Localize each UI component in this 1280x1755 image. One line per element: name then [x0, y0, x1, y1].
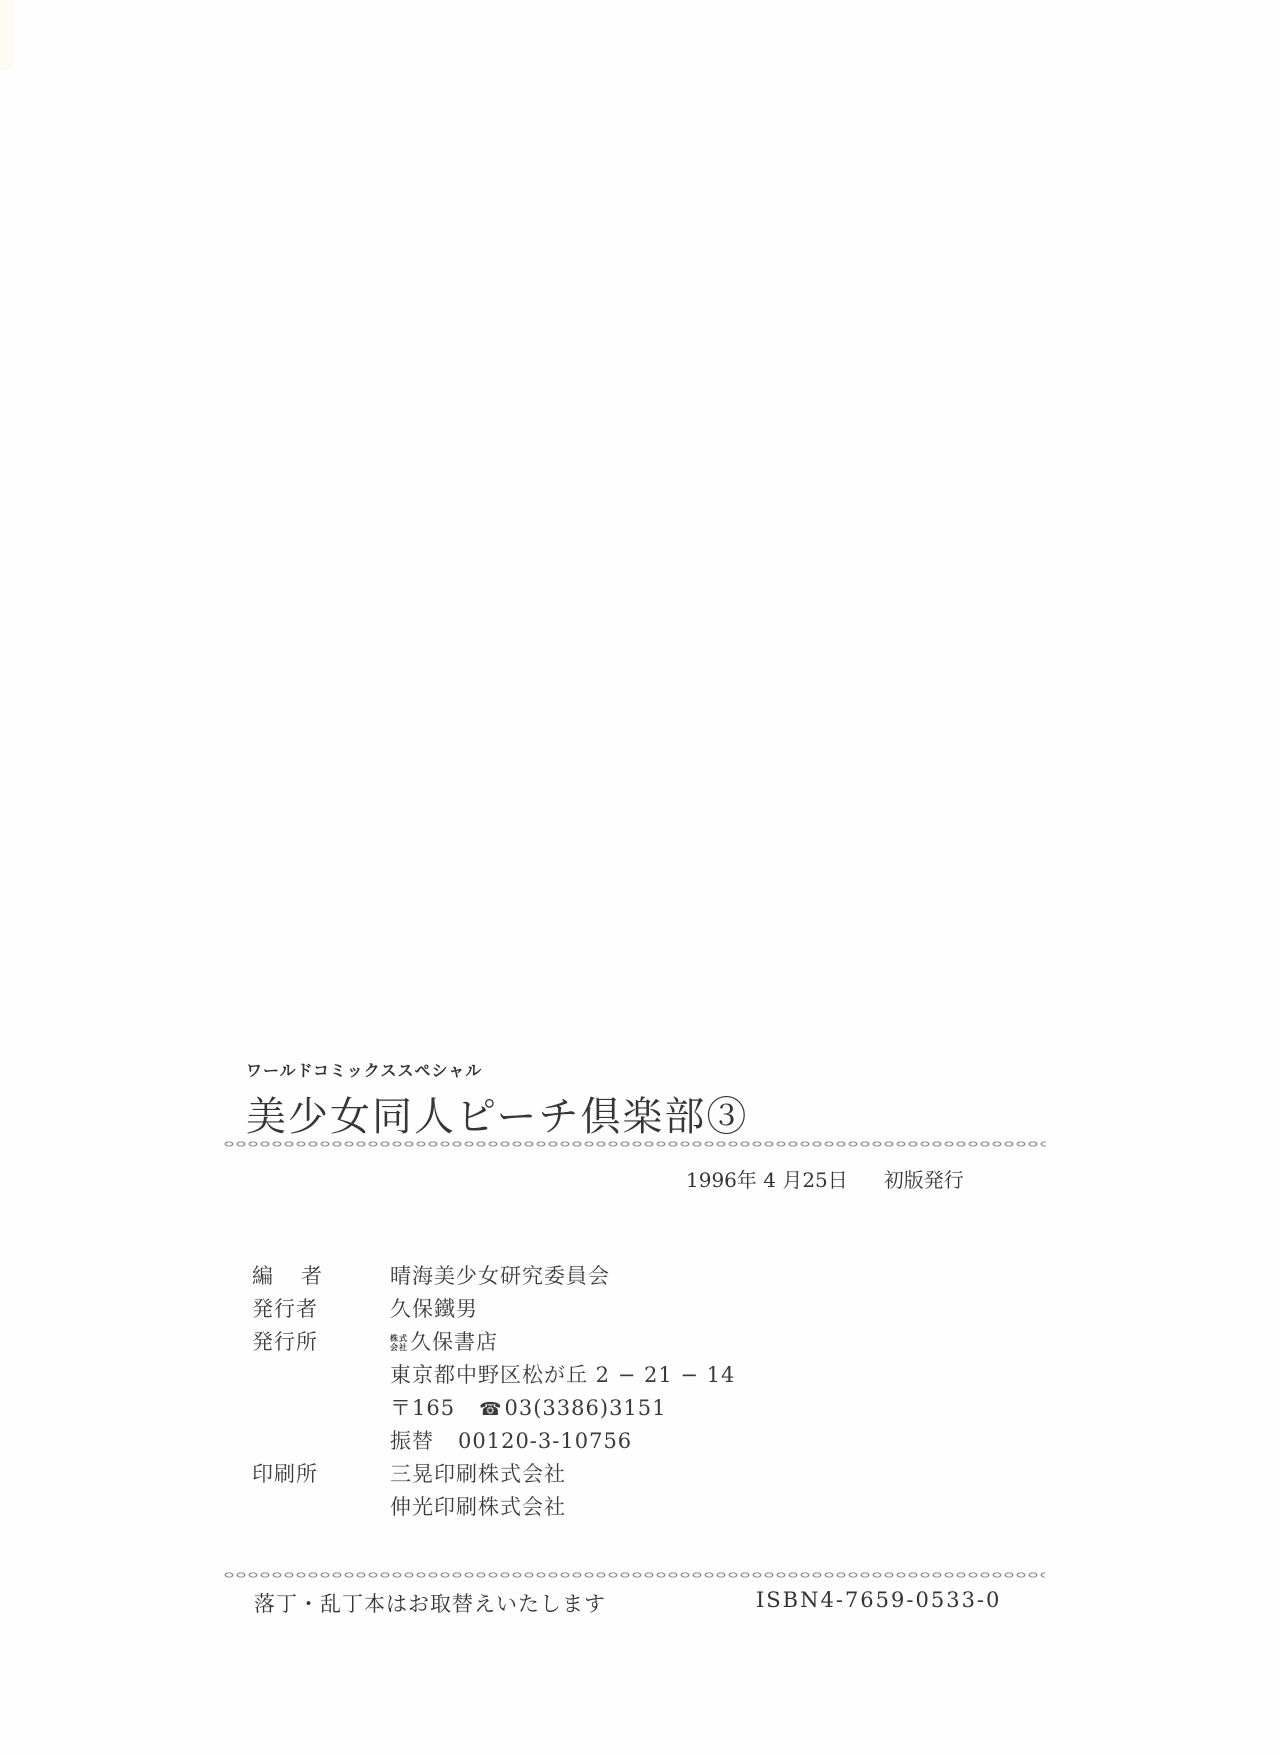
page-edge	[0, 0, 14, 70]
decorative-rule-top	[223, 1139, 1046, 1149]
phone-number: 03(3386)3151	[505, 1396, 667, 1420]
publication-info: 1996年 4 月25日初版発行	[686, 1164, 964, 1193]
transfer-account: 00120-3-10756	[458, 1429, 632, 1453]
publishing-house-name: 久保書店	[410, 1330, 498, 1354]
printer-company-1: 三晃印刷株式会社	[390, 1458, 566, 1488]
transfer-label: 振替	[390, 1429, 434, 1453]
printer-label: 印刷所	[252, 1458, 390, 1488]
colophon-row-publishing-house: 発行所 株式会社久保書店	[252, 1324, 735, 1357]
colophon-row-printer-2: 伸光印刷株式会社	[252, 1489, 735, 1522]
colophon: 編者 晴海美少女研究委員会 発行者 久保鐵男 発行所 株式会社久保書店 東京都中…	[252, 1258, 735, 1522]
editor-value: 晴海美少女研究委員会	[390, 1260, 610, 1290]
postal-mark-icon: 〒	[390, 1396, 412, 1420]
colophon-row-address: 東京都中野区松が丘 2 − 21 − 14	[252, 1357, 735, 1390]
series-label: ワールドコミックススペシャル	[246, 1058, 482, 1081]
publishing-house-value: 株式会社久保書店	[390, 1326, 498, 1356]
postal-code: 165	[412, 1396, 455, 1420]
isbn: ISBN4-7659-0533-0	[756, 1588, 1001, 1612]
publishing-house-label: 発行所	[252, 1326, 390, 1356]
colophon-row-printer: 印刷所 三晃印刷株式会社	[252, 1456, 735, 1489]
colophon-row-publisher: 発行者 久保鐵男	[252, 1291, 735, 1324]
contact: 〒165☎03(3386)3151	[390, 1392, 667, 1422]
replacement-notice: 落丁・乱丁本はお取替えいたします	[254, 1588, 606, 1618]
address: 東京都中野区松が丘 2 − 21 − 14	[390, 1359, 735, 1389]
publisher-label: 発行者	[252, 1293, 390, 1323]
book-title: 美少女同人ピーチ倶楽部③	[246, 1085, 748, 1142]
publisher-value: 久保鐵男	[390, 1293, 478, 1323]
printer-company-2: 伸光印刷株式会社	[390, 1491, 566, 1521]
colophon-row-contact: 〒165☎03(3386)3151	[252, 1390, 735, 1423]
editor-label: 編者	[252, 1260, 390, 1290]
transfer: 振替00120-3-10756	[390, 1425, 632, 1455]
colophon-row-editor: 編者 晴海美少女研究委員会	[252, 1258, 735, 1291]
decorative-rule-bottom	[223, 1570, 1045, 1580]
edition-label: 初版発行	[884, 1168, 964, 1192]
publication-date: 1996年 4 月25日	[686, 1168, 848, 1192]
colophon-row-transfer: 振替00120-3-10756	[252, 1423, 735, 1456]
corp-prefix: 株式会社	[390, 1334, 404, 1352]
telephone-icon: ☎	[479, 1399, 502, 1420]
